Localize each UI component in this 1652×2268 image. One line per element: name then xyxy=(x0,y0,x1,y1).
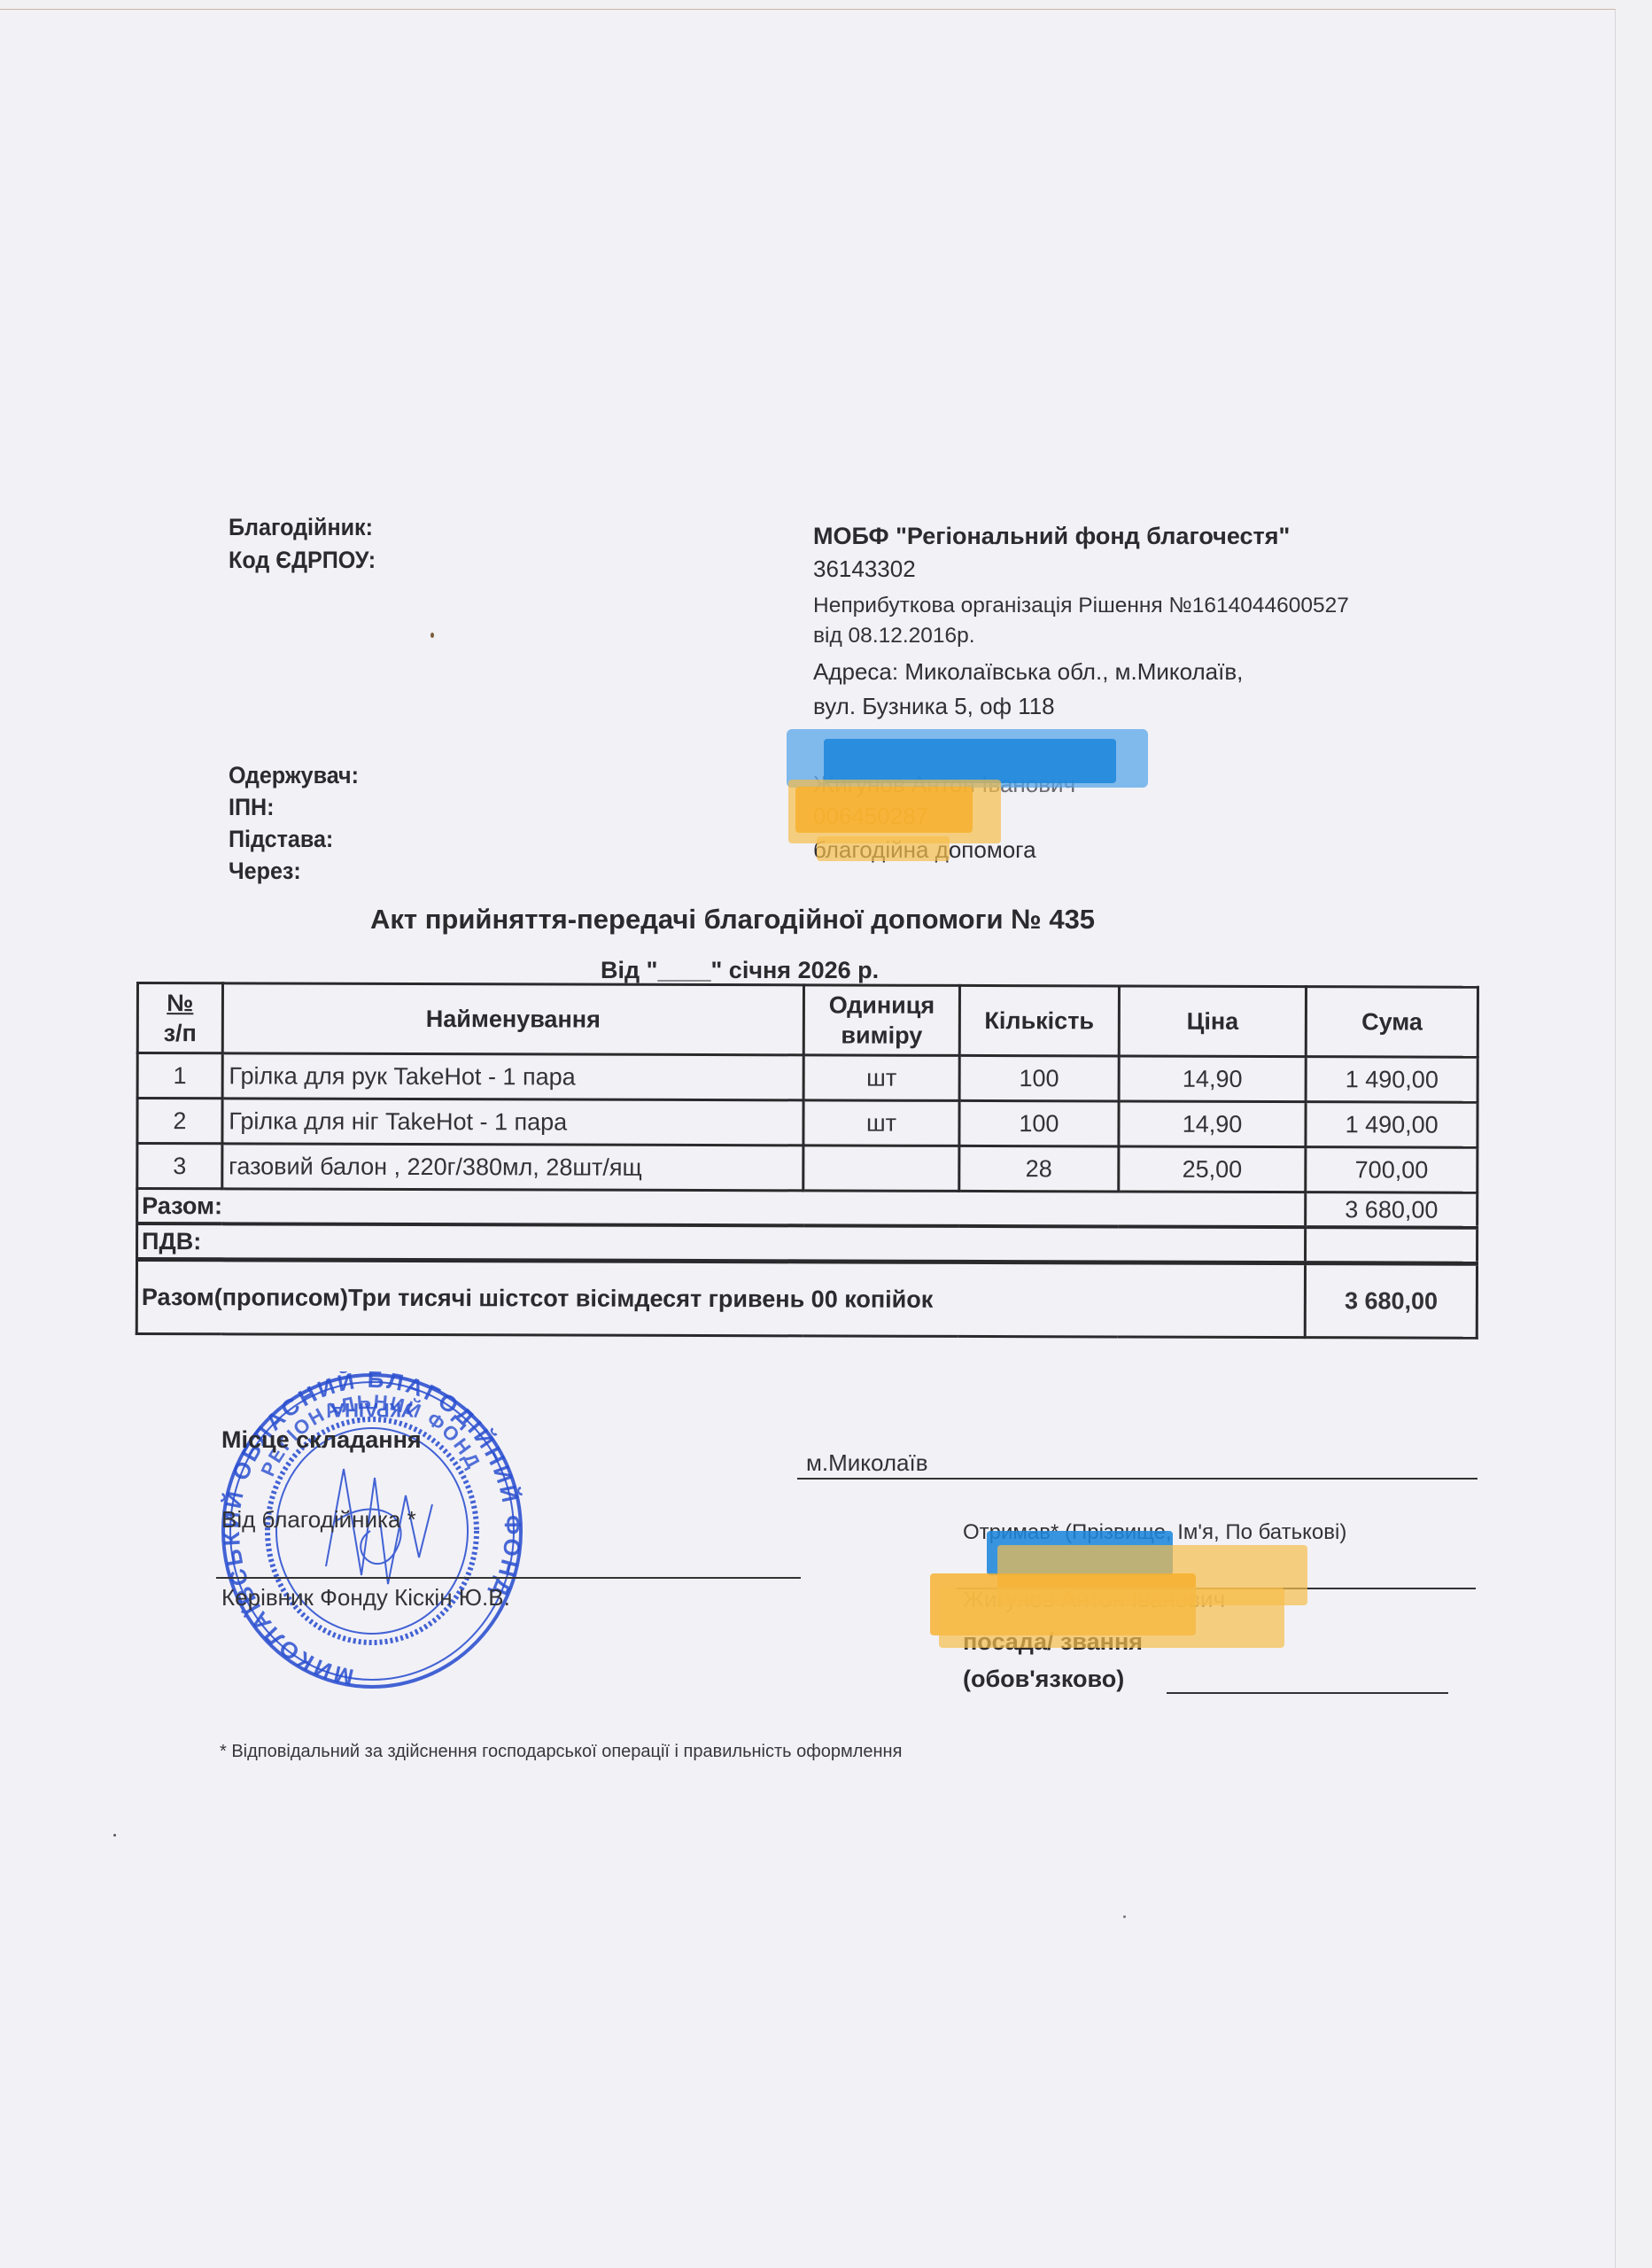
vat-row: ПДВ: xyxy=(137,1223,1477,1263)
total-in-words-value: 3 680,00 xyxy=(1306,1263,1477,1339)
total-in-words-row: Разом(прописом)Три тисячі шістсот вісімд… xyxy=(136,1260,1477,1339)
items-table: № з/п Найменування Одиниця виміру Кількі… xyxy=(136,982,1479,1340)
donor-address-line1: Адреса: Миколаївська обл., м.Миколаїв, xyxy=(813,658,1243,686)
row-unit xyxy=(803,1146,959,1192)
table-row: 1 Грілка для рук TakeHot - 1 пара шт 100… xyxy=(137,1053,1477,1103)
redaction-mark-yellow xyxy=(795,787,973,833)
total-label: Разом: xyxy=(137,1189,1306,1228)
place-label: Місце складання xyxy=(221,1426,422,1454)
total-in-words: Разом(прописом)Три тисячі шістсот вісімд… xyxy=(136,1260,1306,1338)
header-unit: Одиниця виміру xyxy=(803,985,959,1056)
row-price: 14,90 xyxy=(1119,1056,1307,1102)
from-donor-label: Від благодійника * xyxy=(221,1506,416,1534)
row-qty: 100 xyxy=(959,1055,1119,1101)
vat-label: ПДВ: xyxy=(137,1223,1306,1263)
table-row: 2 Грілка для ніг TakeHot - 1 пара шт 100… xyxy=(137,1099,1477,1148)
row-sum: 1 490,00 xyxy=(1306,1102,1477,1148)
donor-signature-line[interactable] xyxy=(216,1577,801,1579)
row-price: 25,00 xyxy=(1119,1146,1307,1192)
donor-name: МОБФ "Регіональний фонд благочестя" xyxy=(813,523,1290,550)
row-name: Грілка для ніг TakeHot - 1 пара xyxy=(222,1099,803,1146)
header-qty: Кількість xyxy=(959,985,1119,1056)
vat-value xyxy=(1306,1227,1477,1263)
ipn-label: ІПН: xyxy=(229,794,275,821)
donor-address-line2: вул. Бузника 5, оф 118 xyxy=(813,693,1055,720)
row-sum: 1 490,00 xyxy=(1306,1057,1477,1103)
footnote: * Відповідальний за здійснення господарс… xyxy=(220,1742,902,1762)
row-num: 3 xyxy=(137,1144,222,1189)
edrpou-value: 36143302 xyxy=(813,555,916,583)
nonprofit-decision: Неприбуткова організація Рішення №161404… xyxy=(813,594,1349,618)
act-title: Акт прийняття-передачі благодійної допом… xyxy=(370,904,1095,936)
row-name: Грілка для рук TakeHot - 1 пара xyxy=(222,1053,803,1100)
position-underline[interactable] xyxy=(1167,1692,1448,1694)
mandatory-label: (обов'язково) xyxy=(963,1666,1124,1693)
row-qty: 28 xyxy=(959,1146,1119,1192)
total-value: 3 680,00 xyxy=(1306,1192,1477,1228)
header-name: Найменування xyxy=(222,983,804,1055)
scan-speck xyxy=(430,633,434,638)
row-unit: шт xyxy=(803,1055,959,1101)
via-label: Через: xyxy=(229,858,301,885)
donor-signer: Керівник Фонду Кіскін Ю.В. xyxy=(221,1584,510,1612)
organization-stamp-icon: МИКОЛАЇВСЬКИЙ ОБЛАСНИЙ БЛАГОДІЙНИЙ ФОНД … xyxy=(220,1371,525,1699)
header-sum: Сума xyxy=(1307,987,1478,1058)
basis-label: Підстава: xyxy=(229,826,333,853)
table-row: 3 газовий балон , 220г/380мл, 28шт/ящ 28… xyxy=(137,1144,1477,1193)
nonprofit-date: від 08.12.2016р. xyxy=(813,624,975,649)
redaction-mark-yellow xyxy=(939,1588,1284,1648)
scan-speck xyxy=(113,1834,116,1837)
row-unit: шт xyxy=(803,1100,959,1146)
place-value: м.Миколаїв xyxy=(806,1449,928,1477)
header-num: № з/п xyxy=(137,983,222,1053)
row-num: 1 xyxy=(137,1053,222,1099)
row-price: 14,90 xyxy=(1119,1101,1307,1147)
act-date: Від "____" січня 2026 р. xyxy=(601,957,879,984)
header-price: Ціна xyxy=(1119,986,1307,1057)
recipient-label: Одержувач: xyxy=(229,762,359,789)
row-sum: 700,00 xyxy=(1306,1147,1477,1193)
total-row: Разом: 3 680,00 xyxy=(137,1189,1477,1228)
place-underline xyxy=(797,1478,1477,1480)
redaction-mark-yellow xyxy=(817,836,950,861)
row-qty: 100 xyxy=(959,1100,1119,1146)
edrpou-label: Код ЄДРПОУ: xyxy=(229,547,376,574)
table-header-row: № з/п Найменування Одиниця виміру Кількі… xyxy=(137,983,1477,1058)
redaction-mark-blue xyxy=(824,739,1116,783)
row-name: газовий балон , 220г/380мл, 28шт/ящ xyxy=(222,1144,803,1191)
row-num: 2 xyxy=(137,1099,222,1144)
donor-label: Благодійник: xyxy=(229,514,373,541)
scan-speck xyxy=(1123,1915,1126,1918)
